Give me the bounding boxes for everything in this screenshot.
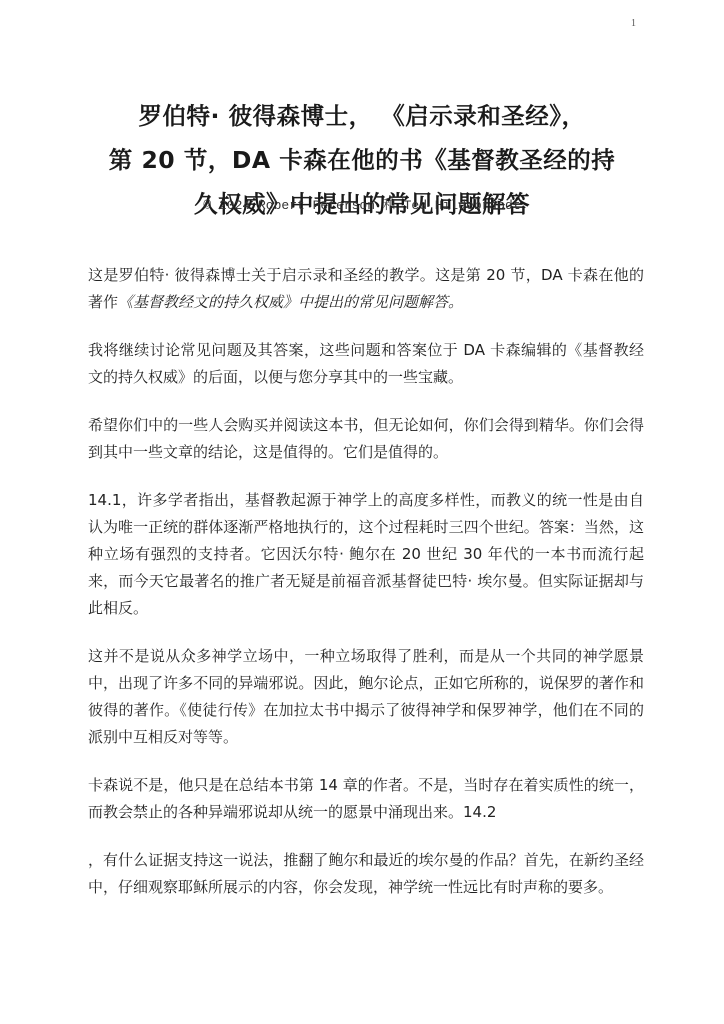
book-title-italic: 《基督教经文的持久权威》中提出的常见问题解答。 bbox=[118, 293, 463, 311]
paragraph: 这并不是说从众多神学立场中，一种立场取得了胜利，而是从一个共同的神学愿景中，出现… bbox=[88, 643, 644, 751]
paragraph-14-2: ，有什么证据支持这一说法，推翻了鲍尔和最近的埃尔曼的作品？首先，在新约圣经中，仔… bbox=[88, 847, 644, 901]
paragraph: 我将继续讨论常见问题及其答案，这些问题和答案位于 DA 卡森编辑的《基督教经文的… bbox=[88, 337, 644, 391]
paragraph: 卡森说不是，他只是在总结本书第 14 章的作者。不是，当时存在着实质性的统一，而… bbox=[88, 772, 644, 826]
title-line-1: 罗伯特· 彼得森博士， 《启示录和圣经》， bbox=[0, 94, 724, 138]
paragraph: 希望你们中的一些人会购买并阅读这本书，但无论如何，你们会得到精华。你们会得到其中… bbox=[88, 412, 644, 466]
title-line-2: 第 20 节，DA 卡森在他的书《基督教圣经的持 bbox=[0, 138, 724, 182]
document-body: 这是罗伯特· 彼得森博士关于启示录和圣经的教学。这是第 20 节，DA 卡森在他… bbox=[88, 262, 644, 922]
page-number: 1 bbox=[631, 18, 636, 29]
copyright-line: © 2024 Robert Peterson 和 Ted Hildebrandt bbox=[0, 194, 724, 213]
paragraph-14-1: 14.1，许多学者指出，基督教起源于神学上的高度多样性，而教义的统一性是由自认为… bbox=[88, 487, 644, 622]
paragraph-intro: 这是罗伯特· 彼得森博士关于启示录和圣经的教学。这是第 20 节，DA 卡森在他… bbox=[88, 262, 644, 316]
